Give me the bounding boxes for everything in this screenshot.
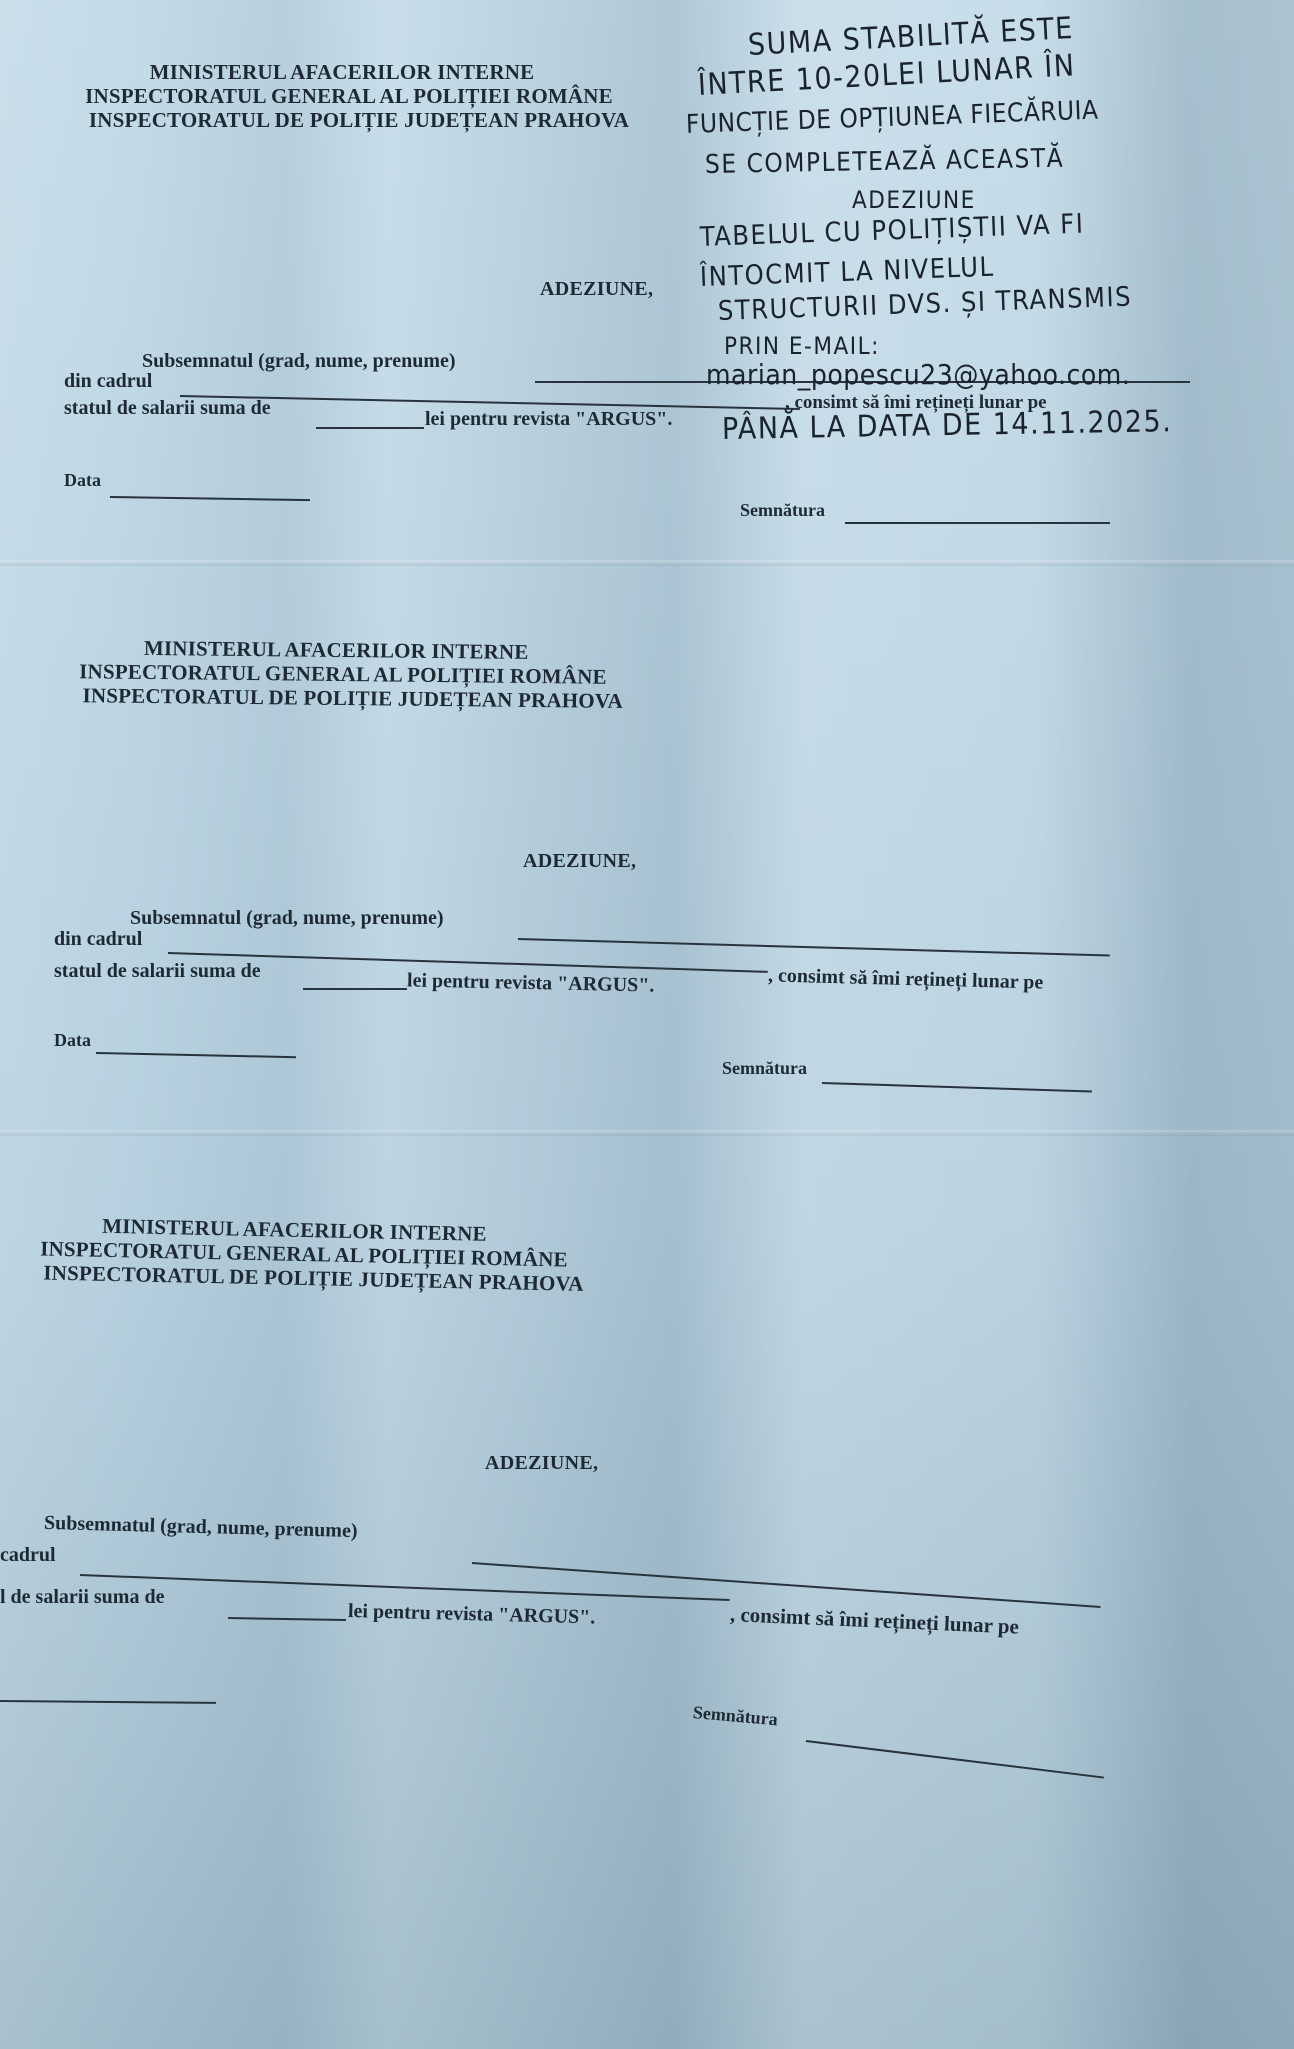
paper-fold: [0, 560, 1294, 566]
data-label: Data: [54, 1030, 91, 1051]
semnatura-label: Semnătura: [740, 500, 825, 521]
note-line: ADEZIUNE: [852, 186, 976, 214]
form-title: ADEZIUNE,: [540, 278, 653, 301]
suma-field[interactable]: [316, 427, 424, 429]
data-label: Data: [64, 470, 101, 491]
form-header: MINISTERUL AFACERILOR INTERNE INSPECTORA…: [3, 1212, 604, 1297]
form-header: MINISTERUL AFACERILOR INTERNE INSPECTORA…: [58, 635, 629, 713]
paper-fold: [0, 1130, 1294, 1136]
form-header: MINISTERUL AFACERILOR INTERNE INSPECTORA…: [64, 60, 634, 132]
suma-field[interactable]: [303, 988, 407, 990]
header-ipj: INSPECTORATUL DE POLIȚIE JUDEȚEAN PRAHOV…: [84, 108, 634, 132]
statul-label: statul de salarii suma de: [64, 397, 271, 420]
subsemnatul-label: Subsemnatul (grad, nume, prenume): [130, 907, 444, 930]
header-ministry: MINISTERUL AFACERILOR INTERNE: [50, 60, 634, 84]
form-title: ADEZIUNE,: [485, 1452, 598, 1475]
note-line: SE COMPLETEAZĂ ACEASTĂ: [705, 144, 1065, 180]
din-cadrul-label: cadrul: [0, 1544, 56, 1567]
semnatura-field[interactable]: [845, 522, 1110, 524]
statul-label: statul de salarii suma de: [54, 960, 261, 983]
header-igpr: INSPECTORATUL GENERAL AL POLIȚIEI ROMÂNE: [64, 84, 634, 108]
lei-text: lei pentru revista "ARGUS".: [425, 408, 672, 431]
din-cadrul-label: din cadrul: [64, 370, 152, 393]
note-email: marian_popescu23@yahoo.com.: [706, 358, 1130, 391]
form-title: ADEZIUNE,: [523, 850, 636, 873]
semnatura-label: Semnătura: [722, 1058, 807, 1079]
note-line: PRIN E-MAIL:: [724, 332, 880, 360]
din-cadrul-label: din cadrul: [54, 928, 142, 951]
statul-label: l de salarii suma de: [0, 1586, 164, 1609]
subsemnatul-label: Subsemnatul (grad, nume, prenume): [142, 350, 456, 373]
